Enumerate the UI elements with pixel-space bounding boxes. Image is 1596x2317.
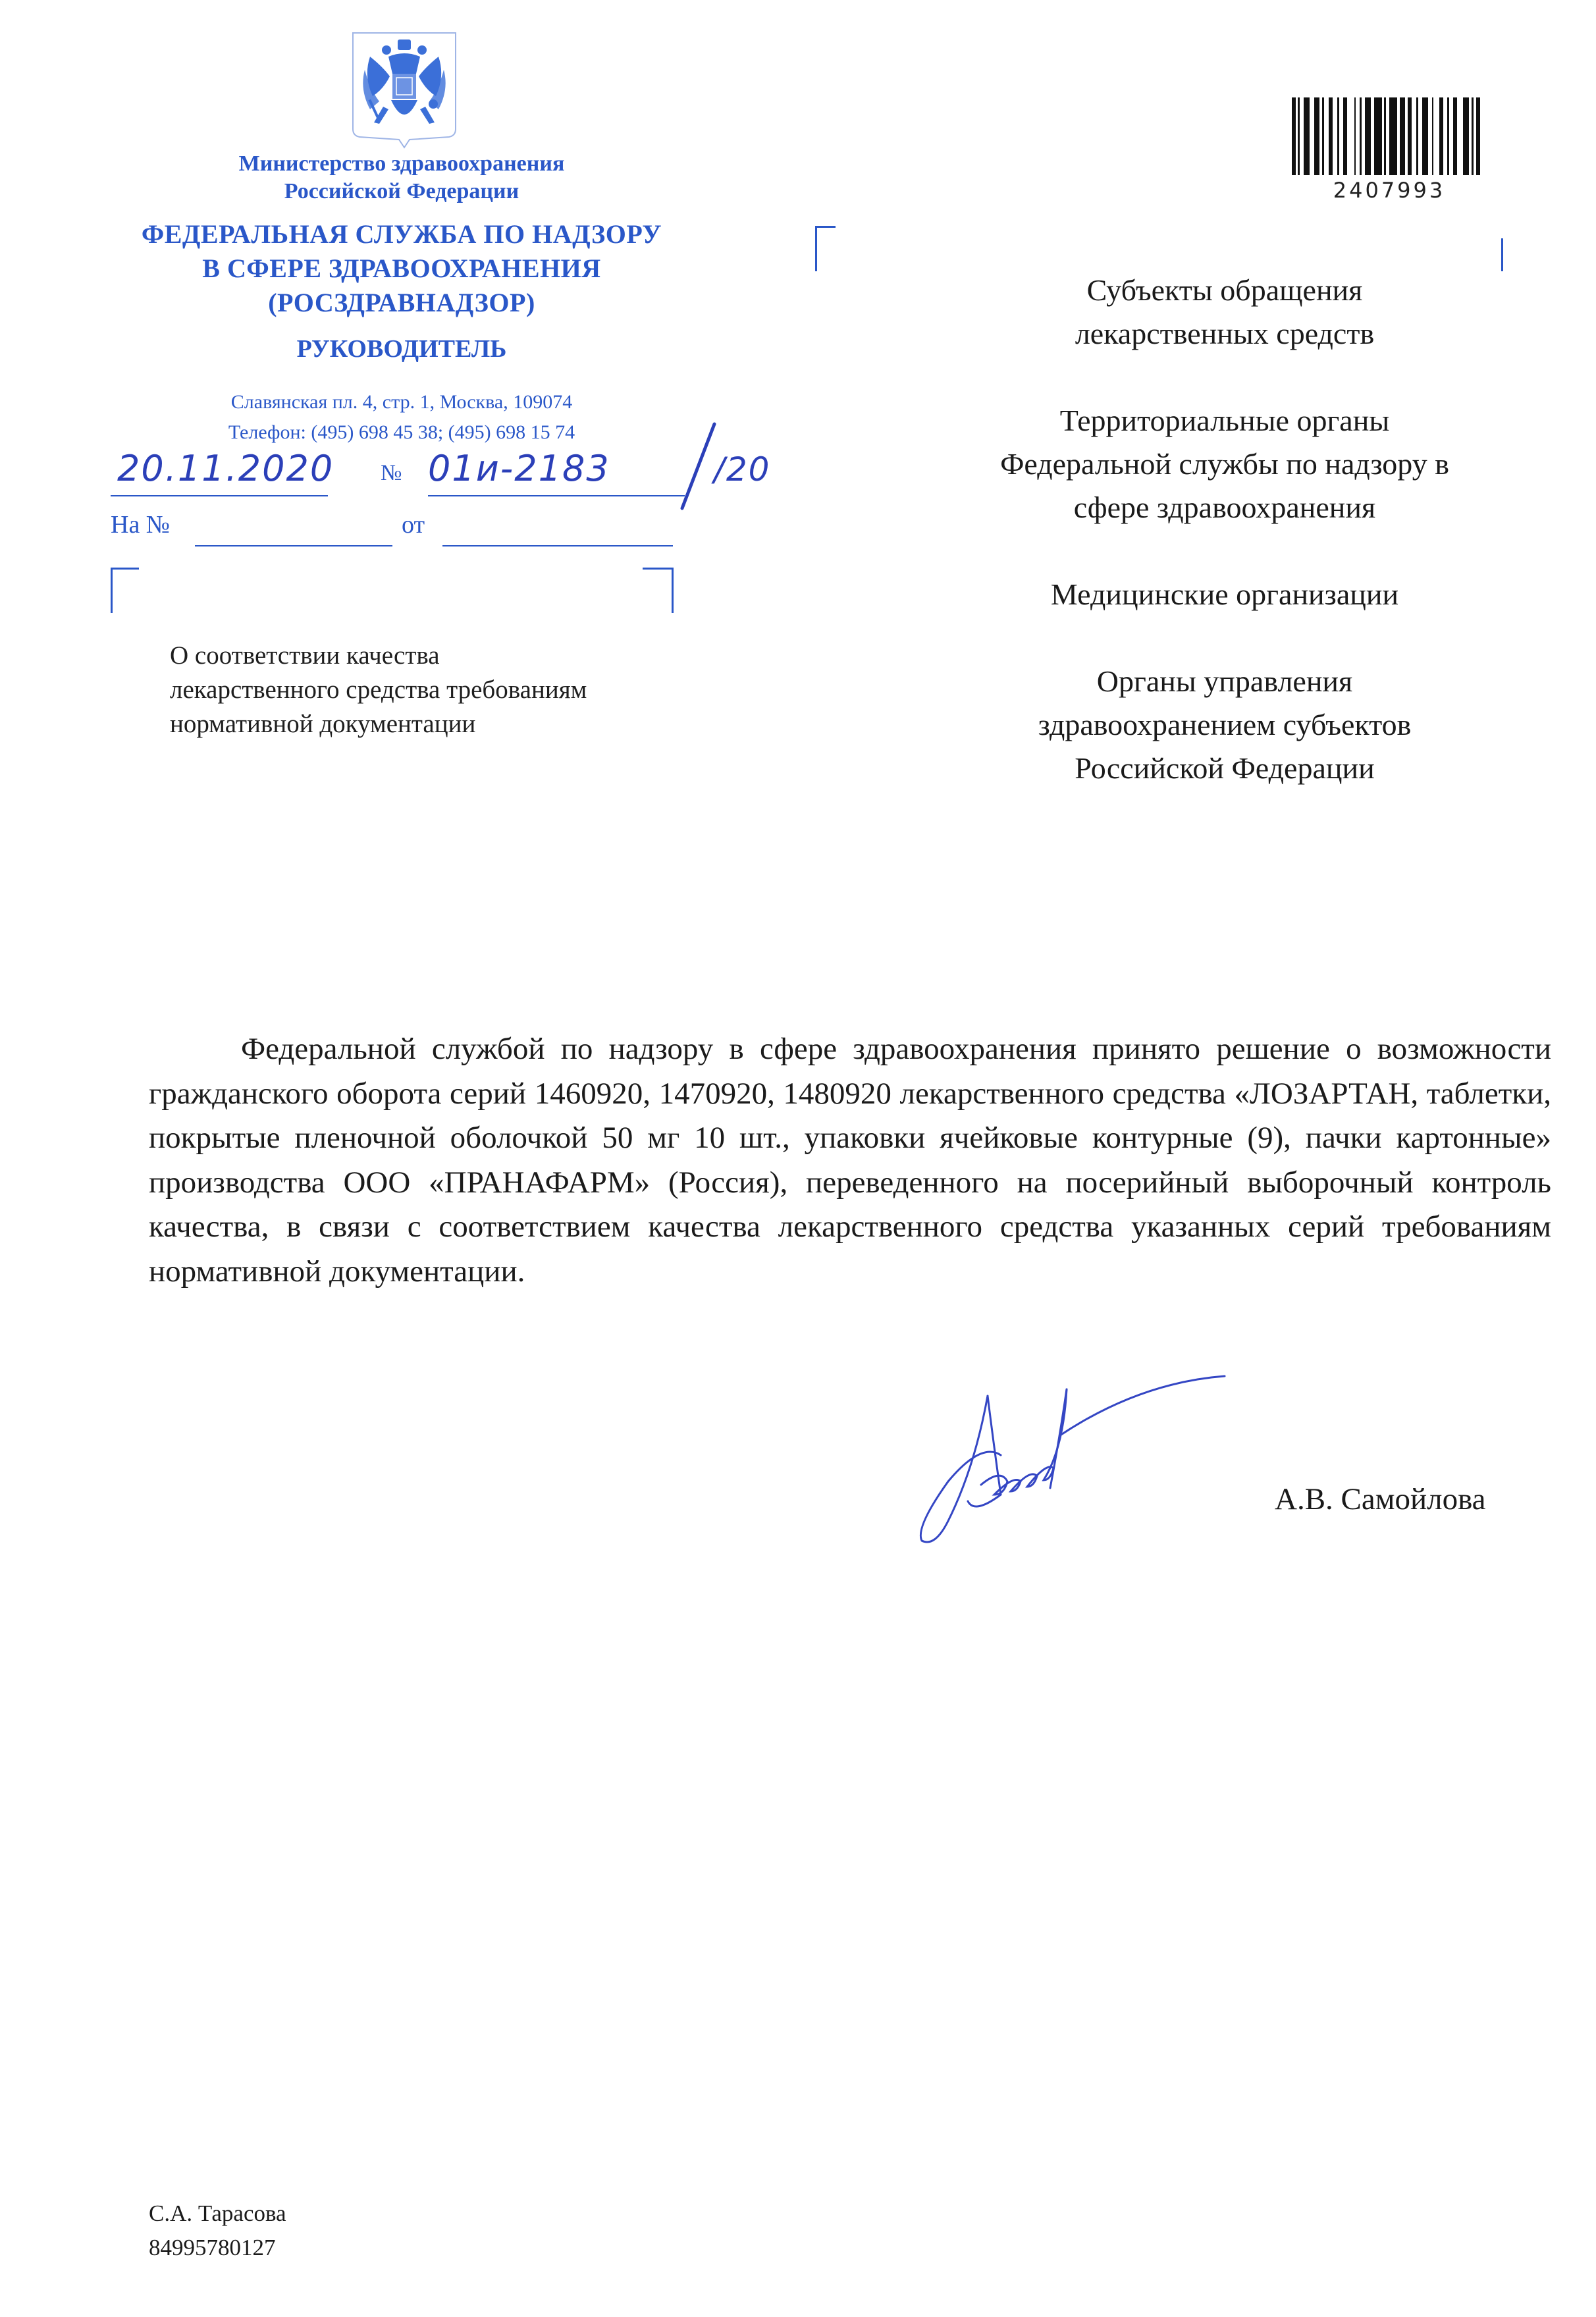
date-underline [111,495,328,496]
service-line-1: ФЕДЕРАЛЬНАЯ СЛУЖБА ПО НАДЗОРУ [105,217,698,252]
signer-name: А.В. Самойлова [1275,1481,1486,1517]
recipient-line: Федеральной службы по надзору в [922,442,1528,486]
address: Славянская пл. 4, стр. 1, Москва, 109074 [105,387,698,417]
slash-stroke [678,421,718,517]
reply-to-number-field [195,545,392,546]
handwritten-number-suffix: /20 [714,450,770,489]
contact-block: Славянская пл. 4, стр. 1, Москва, 109074… [105,387,698,448]
barcode-number: 2407993 [1310,178,1468,203]
recipient-item: Субъекты обращения лекарственных средств [922,269,1528,356]
recipient-line: Субъекты обращения [922,269,1528,312]
executor-name: С.А. Тарасова [149,2197,286,2231]
recipient-line: Российской Федерации [922,747,1528,790]
recipient-item: Медицинские организации [922,573,1528,616]
executor-block: С.А. Тарасова 84995780127 [149,2197,286,2265]
phone: Телефон: (495) 698 45 38; (495) 698 15 7… [105,417,698,448]
recipient-line: Органы управления [922,660,1528,703]
ministry-line-1: Министерство здравоохранения [105,150,698,178]
ministry-line-2: Российской Федерации [105,178,698,205]
russian-coat-of-arms-icon [350,30,458,149]
from-label: от [402,510,425,539]
recipient-line: здравоохранением субъектов [922,703,1528,747]
recipient-bracket-top-left [815,226,836,271]
service-line-3: (РОСЗДРАВНАДЗОР) [105,286,698,320]
service-line-2: В СФЕРЕ ЗДРАВООХРАНЕНИЯ [105,252,698,286]
recipients-block: Субъекты обращения лекарственных средств… [922,269,1528,834]
reply-to-label: На № [111,510,170,539]
recipient-line: Медицинские организации [922,573,1528,616]
subject-line-2: лекарственного средства требованиям [170,673,587,707]
subject-line-3: нормативной документации [170,707,587,741]
recipient-line: сфере здравоохранения [922,486,1528,529]
number-sign: № [381,461,402,486]
barcode-icon [1290,97,1488,175]
executor-phone: 84995780127 [149,2231,286,2265]
recipient-item: Территориальные органы Федеральной служб… [922,399,1528,529]
handwritten-number: 01и-2183 [428,448,691,489]
bracket-top-right [643,568,674,613]
position-title: РУКОВОДИТЕЛЬ [105,334,698,363]
recipient-line: Территориальные органы [922,399,1528,442]
handwritten-date: 20.11.2020 [117,448,328,489]
ministry-name: Министерство здравоохранения Российской … [105,150,698,205]
body-paragraph: Федеральной службой по надзору в сфере з… [149,1027,1551,1294]
recipient-bracket-top-right [1501,238,1503,271]
recipient-item: Органы управления здравоохранением субъе… [922,660,1528,790]
service-name: ФЕДЕРАЛЬНАЯ СЛУЖБА ПО НАДЗОРУ В СФЕРЕ ЗД… [105,217,698,320]
handwritten-signature-icon [909,1370,1330,1567]
recipient-line: лекарственных средств [922,312,1528,356]
bracket-top-left [111,568,139,613]
subject: О соответствии качества лекарственного с… [170,639,587,741]
number-underline [428,495,685,496]
from-date-field [442,545,673,546]
subject-line-1: О соответствии качества [170,639,587,673]
